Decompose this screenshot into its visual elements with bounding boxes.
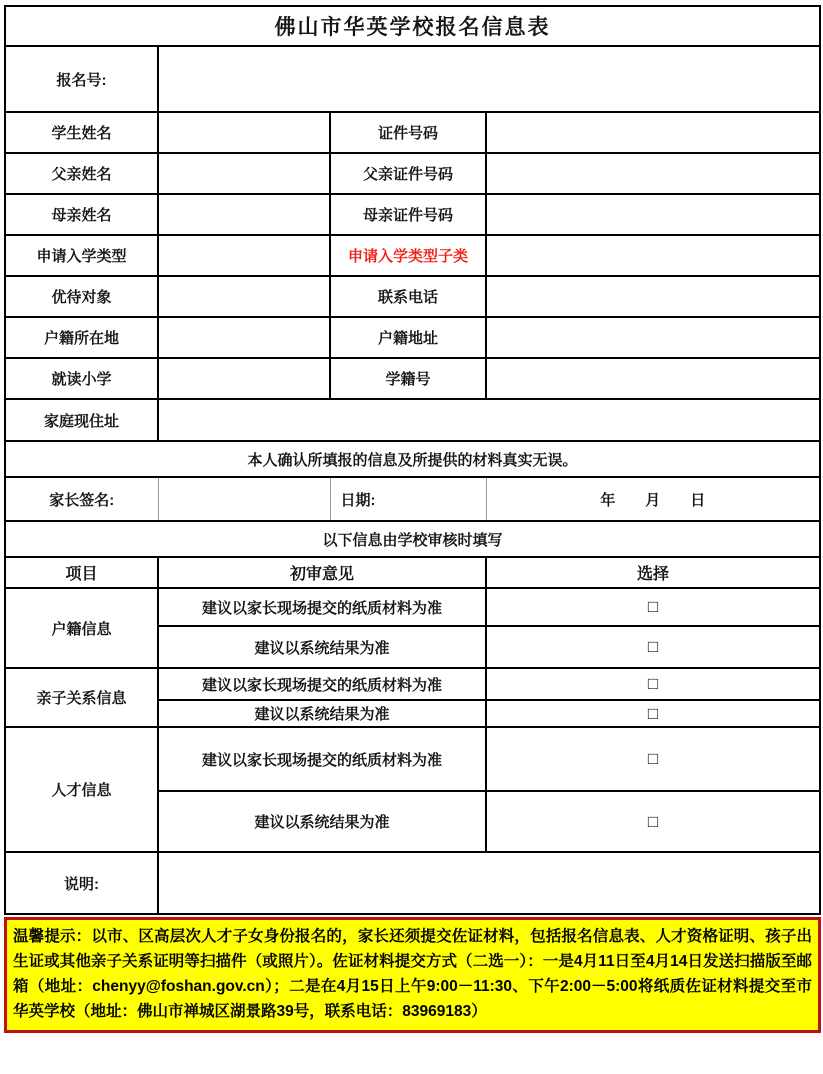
- date-value-cell[interactable]: 年 月 日: [486, 477, 820, 521]
- registration-form-table: 佛山市华英学校报名信息表 报名号: 学生姓名 证件号码 父亲姓名 父亲证件号码 …: [4, 5, 821, 915]
- review-talent-paper-select-cell: □: [486, 727, 820, 791]
- primary-school-label: 就读小学: [5, 358, 158, 399]
- hukou-address-value-cell[interactable]: [486, 317, 820, 358]
- review-col-select: 选择: [486, 557, 820, 588]
- mother-name-label: 母亲姓名: [5, 194, 158, 235]
- review-hukou-paper-option: 建议以家长现场提交的纸质材料为准: [158, 588, 486, 626]
- review-parentchild-paper-option: 建议以家长现场提交的纸质材料为准: [158, 668, 486, 700]
- form-page: 佛山市华英学校报名信息表 报名号: 学生姓名 证件号码 父亲姓名 父亲证件号码 …: [0, 0, 823, 1033]
- checkbox-hukou-system[interactable]: □: [648, 638, 658, 655]
- reg-no-label: 报名号:: [5, 46, 158, 112]
- student-name-value-cell[interactable]: [158, 112, 330, 153]
- father-name-value-cell[interactable]: [158, 153, 330, 194]
- review-parentchild-system-option: 建议以系统结果为准: [158, 700, 486, 727]
- mother-name-value-cell[interactable]: [158, 194, 330, 235]
- parent-signature-value-cell[interactable]: [158, 477, 330, 521]
- father-id-number-value-cell[interactable]: [486, 153, 820, 194]
- admission-subtype-label: 申请入学类型子类: [330, 235, 486, 276]
- checkbox-parentchild-paper[interactable]: □: [648, 675, 658, 692]
- admission-type-value-cell[interactable]: [158, 235, 330, 276]
- home-address-label: 家庭现住址: [5, 399, 158, 441]
- father-id-number-label: 父亲证件号码: [330, 153, 486, 194]
- id-number-label: 证件号码: [330, 112, 486, 153]
- mother-id-number-label: 母亲证件号码: [330, 194, 486, 235]
- review-talent-system-option: 建议以系统结果为准: [158, 791, 486, 852]
- student-registry-number-label: 学籍号: [330, 358, 486, 399]
- review-hukou-system-option: 建议以系统结果为准: [158, 626, 486, 668]
- review-talent-system-select-cell: □: [486, 791, 820, 852]
- checkbox-hukou-paper[interactable]: □: [648, 598, 658, 615]
- id-number-value-cell[interactable]: [486, 112, 820, 153]
- remark-label: 说明:: [5, 852, 158, 914]
- contact-phone-value-cell[interactable]: [486, 276, 820, 317]
- hukou-location-value-cell[interactable]: [158, 317, 330, 358]
- date-label: 日期:: [330, 477, 486, 521]
- review-col-item: 项目: [5, 557, 158, 588]
- admission-type-label: 申请入学类型: [5, 235, 158, 276]
- school-section-header: 以下信息由学校审核时填写: [5, 521, 820, 557]
- mother-id-number-value-cell[interactable]: [486, 194, 820, 235]
- remark-value-cell[interactable]: [158, 852, 820, 914]
- review-group-hukou-label: 户籍信息: [5, 588, 158, 668]
- review-group-talent-label: 人才信息: [5, 727, 158, 852]
- review-parentchild-paper-select-cell: □: [486, 668, 820, 700]
- notice-text: 温馨提示：以市、区高层次人才子女身份报名的，家长还须提交佐证材料，包括报名信息表…: [13, 928, 812, 1020]
- preferential-category-label: 优待对象: [5, 276, 158, 317]
- preferential-category-value-cell[interactable]: [158, 276, 330, 317]
- admission-subtype-value-cell[interactable]: [486, 235, 820, 276]
- student-name-label: 学生姓名: [5, 112, 158, 153]
- review-hukou-paper-select-cell: □: [486, 588, 820, 626]
- parent-signature-label: 家长签名:: [5, 477, 158, 521]
- checkbox-talent-paper[interactable]: □: [648, 750, 658, 767]
- home-address-value-cell[interactable]: [158, 399, 820, 441]
- form-title: 佛山市华英学校报名信息表: [5, 6, 820, 46]
- father-name-label: 父亲姓名: [5, 153, 158, 194]
- confirmation-statement: 本人确认所填报的信息及所提供的材料真实无误。: [5, 441, 820, 477]
- hukou-location-label: 户籍所在地: [5, 317, 158, 358]
- checkbox-talent-system[interactable]: □: [648, 813, 658, 830]
- student-registry-number-value-cell[interactable]: [486, 358, 820, 399]
- reg-no-value-cell[interactable]: [158, 46, 820, 112]
- hukou-address-label: 户籍地址: [330, 317, 486, 358]
- review-hukou-system-select-cell: □: [486, 626, 820, 668]
- review-parentchild-system-select-cell: □: [486, 700, 820, 727]
- contact-phone-label: 联系电话: [330, 276, 486, 317]
- review-talent-paper-option: 建议以家长现场提交的纸质材料为准: [158, 727, 486, 791]
- primary-school-value-cell[interactable]: [158, 358, 330, 399]
- review-group-parentchild-label: 亲子关系信息: [5, 668, 158, 727]
- review-col-opinion: 初审意见: [158, 557, 486, 588]
- notice-banner: 温馨提示：以市、区高层次人才子女身份报名的，家长还须提交佐证材料，包括报名信息表…: [4, 917, 821, 1033]
- checkbox-parentchild-system[interactable]: □: [648, 705, 658, 722]
